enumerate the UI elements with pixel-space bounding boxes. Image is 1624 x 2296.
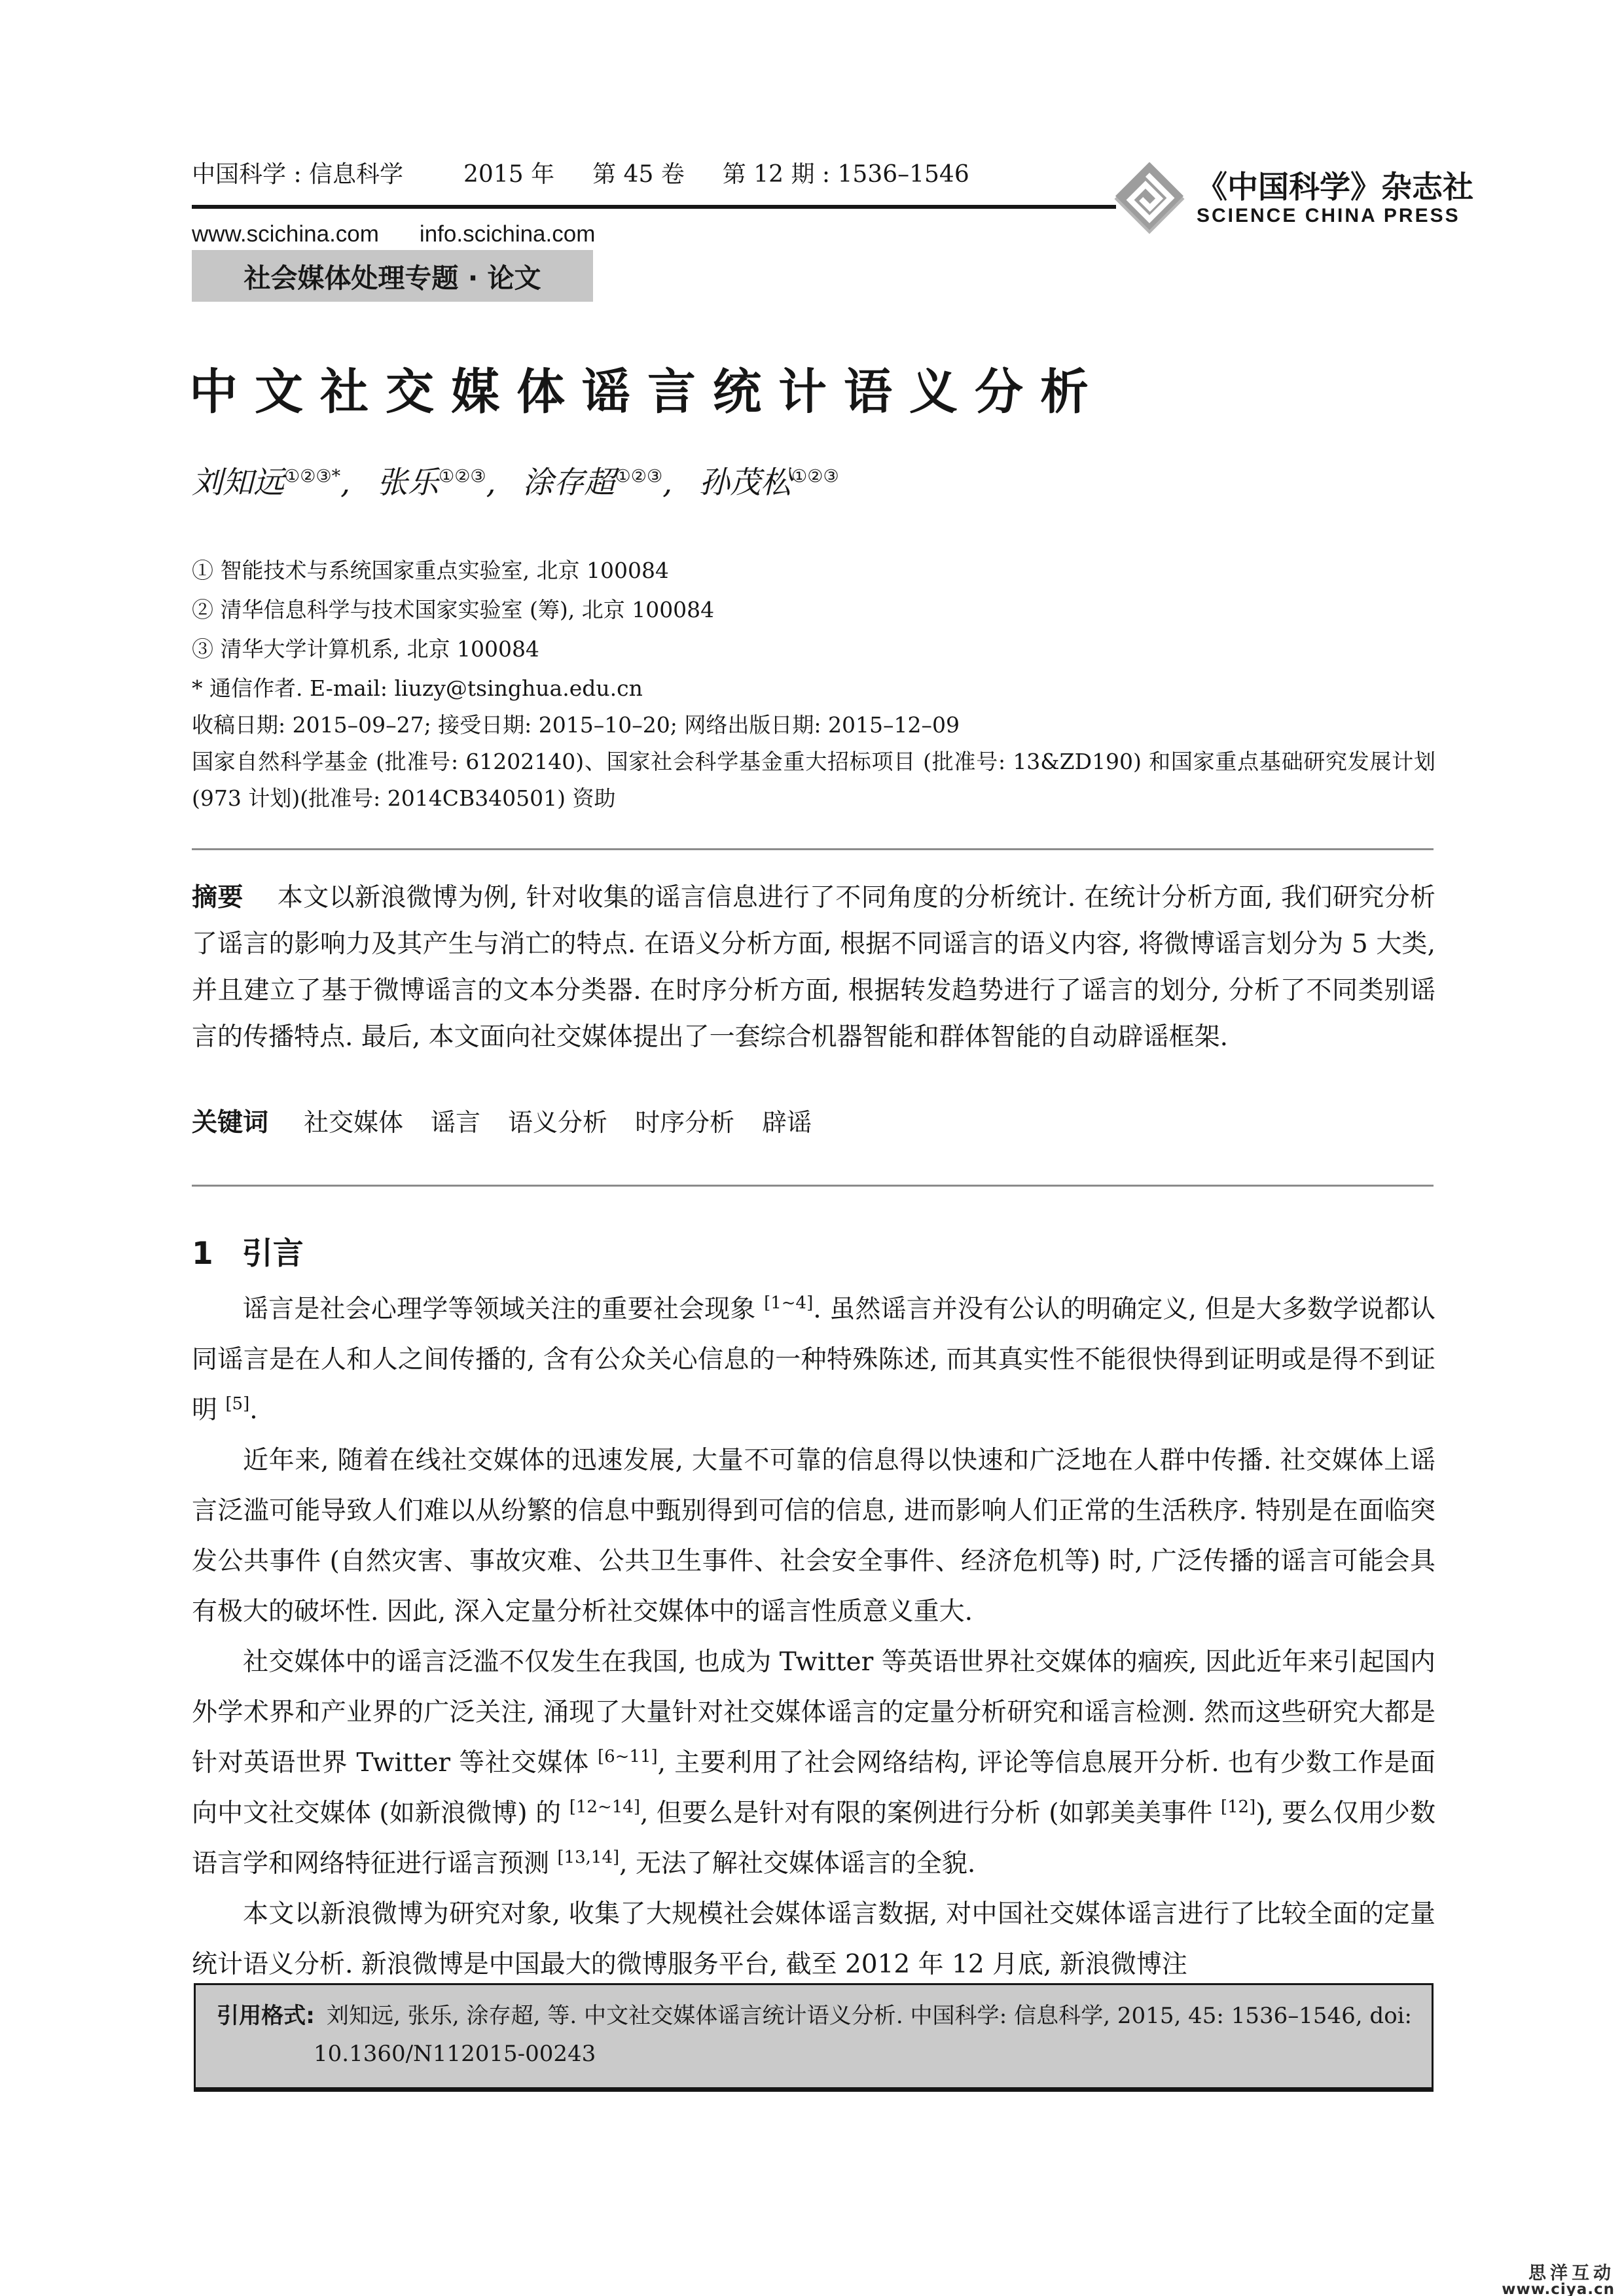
- affiliation-line: ① 智能技术与系统国家重点实验室, 北京 100084: [192, 551, 714, 590]
- affiliation-line: * 通信作者. E-mail: liuzy@tsinghua.edu.cn: [192, 669, 714, 708]
- author-name: 刘知远: [192, 465, 284, 501]
- abstract-text: 本文以新浪微博为例, 针对收集的谣言信息进行了不同角度的分析统计. 在统计分析方…: [192, 883, 1435, 1052]
- keyword-item: 辟谣: [762, 1108, 812, 1137]
- reference-mark: [12]: [1221, 1797, 1255, 1817]
- keywords-label: 关键词: [192, 1108, 268, 1138]
- watermark: 思洋互动 www.ciya.cn: [1502, 2265, 1615, 2296]
- reference-mark: [6~11]: [598, 1747, 658, 1767]
- author-separator: ,: [340, 465, 360, 501]
- journal-issue-pages: 第 12 期 : 1536–1546: [723, 156, 969, 189]
- citation-content: 引用格式:刘知远, 张乐, 涂存超, 等. 中文社交媒体谣言统计语义分析. 中国…: [217, 1997, 1412, 2073]
- author-affiliation-marks: ①②③: [791, 466, 839, 486]
- author-name: 张乐: [377, 465, 439, 501]
- dates-line: 收稿日期: 2015–09–27; 接受日期: 2015–10–20; 网络出版…: [192, 708, 960, 739]
- journal-year: 2015 年: [463, 156, 554, 189]
- funding-note: 国家自然科学基金 (批准号: 61202140)、国家社会科学基金重大招标项目 …: [192, 744, 1435, 817]
- paper-page: 中国科学 : 信息科学 2015 年 第 45 卷 第 12 期 : 1536–…: [0, 0, 1624, 2296]
- author-separator: ,: [486, 465, 506, 501]
- watermark-name: 思洋互动: [1502, 2265, 1615, 2282]
- reference-mark: [1~4]: [764, 1293, 813, 1313]
- affiliation-line: ③ 清华大学计算机系, 北京 100084: [192, 630, 714, 669]
- publisher-names: 《中国科学》杂志社 SCIENCE CHINA PRESS: [1197, 171, 1473, 227]
- section-number: 1: [192, 1236, 213, 1272]
- watermark-url: www.ciya.cn: [1502, 2282, 1615, 2296]
- author-name: 涂存超: [523, 465, 615, 501]
- affiliations-list: ① 智能技术与系统国家重点实验室, 北京 100084② 清华信息科学与技术国家…: [192, 551, 714, 708]
- author-affiliation-marks: ①②③*: [284, 466, 340, 486]
- author-affiliation-marks: ①②③: [615, 466, 663, 486]
- keywords-items: 社交媒体谣言语义分析时序分析辟谣: [304, 1108, 839, 1137]
- body-paragraph: 社交媒体中的谣言泛滥不仅发生在我国, 也成为 Twitter 等英语世界社交媒体…: [192, 1637, 1435, 1889]
- citation-box: 引用格式:刘知远, 张乐, 涂存超, 等. 中文社交媒体谣言统计语义分析. 中国…: [194, 1983, 1434, 2092]
- keyword-item: 时序分析: [635, 1108, 734, 1137]
- abstract-bottom-rule: [192, 1185, 1434, 1187]
- body-paragraph: 本文以新浪微博为研究对象, 收集了大规模社会媒体谣言数据, 对中国社交媒体谣言进…: [192, 1889, 1435, 1990]
- science-china-press-logo-icon: [1113, 162, 1186, 236]
- body-paragraph: 谣言是社会心理学等领域关注的重要社会现象 [1~4]. 虽然谣言并没有公认的明确…: [192, 1284, 1435, 1435]
- author-name: 孙茂松: [699, 465, 791, 501]
- header-rule: [192, 205, 1116, 209]
- author-separator: ,: [662, 465, 682, 501]
- introduction-body: 谣言是社会心理学等领域关注的重要社会现象 [1~4]. 虽然谣言并没有公认的明确…: [192, 1284, 1435, 1990]
- affiliation-line: ② 清华信息科学与技术国家实验室 (筹), 北京 100084: [192, 590, 714, 630]
- publisher-block: 《中国科学》杂志社 SCIENCE CHINA PRESS: [1113, 162, 1473, 236]
- citation-text: 刘知远, 张乐, 涂存超, 等. 中文社交媒体谣言统计语义分析. 中国科学: 信…: [314, 2003, 1412, 2067]
- reference-mark: [5]: [225, 1394, 249, 1414]
- publisher-name-en: SCIENCE CHINA PRESS: [1197, 205, 1473, 227]
- abstract-top-rule: [192, 848, 1434, 850]
- publisher-name-cn: 《中国科学》杂志社: [1197, 171, 1473, 205]
- journal-header-line: 中国科学 : 信息科学 2015 年 第 45 卷 第 12 期 : 1536–…: [192, 156, 969, 189]
- keyword-item: 谣言: [431, 1108, 480, 1137]
- reference-mark: [13,14]: [557, 1848, 619, 1867]
- section-1-heading: 1引言: [192, 1229, 304, 1273]
- abstract-block: 摘要本文以新浪微博为例, 针对收集的谣言信息进行了不同角度的分析统计. 在统计分…: [192, 874, 1435, 1060]
- keywords-line: 关键词社交媒体谣言语义分析时序分析辟谣: [192, 1102, 839, 1139]
- section-title: 引言: [242, 1236, 304, 1272]
- website-links: www.scichina.com info.scichina.com: [192, 221, 595, 247]
- keyword-item: 社交媒体: [304, 1108, 403, 1137]
- authors-line: 刘知远①②③*, 张乐①②③, 涂存超①②③, 孙茂松①②③: [192, 458, 839, 502]
- special-topic-badge: 社会媒体处理专题 · 论文: [192, 250, 593, 302]
- website-info: info.scichina.com: [420, 221, 595, 247]
- reference-mark: [12~14]: [569, 1797, 640, 1817]
- keyword-item: 语义分析: [508, 1108, 607, 1137]
- author-affiliation-marks: ①②③: [439, 466, 486, 486]
- website-main: www.scichina.com: [192, 221, 379, 247]
- abstract-label: 摘要: [192, 883, 244, 912]
- citation-label: 引用格式:: [217, 2003, 315, 2029]
- body-paragraph: 近年来, 随着在线社交媒体的迅速发展, 大量不可靠的信息得以快速和广泛地在人群中…: [192, 1435, 1435, 1637]
- journal-volume: 第 45 卷: [592, 156, 685, 189]
- journal-name: 中国科学 : 信息科学: [192, 156, 403, 189]
- paper-title: 中文社交媒体谣言统计语义分析: [189, 353, 1106, 423]
